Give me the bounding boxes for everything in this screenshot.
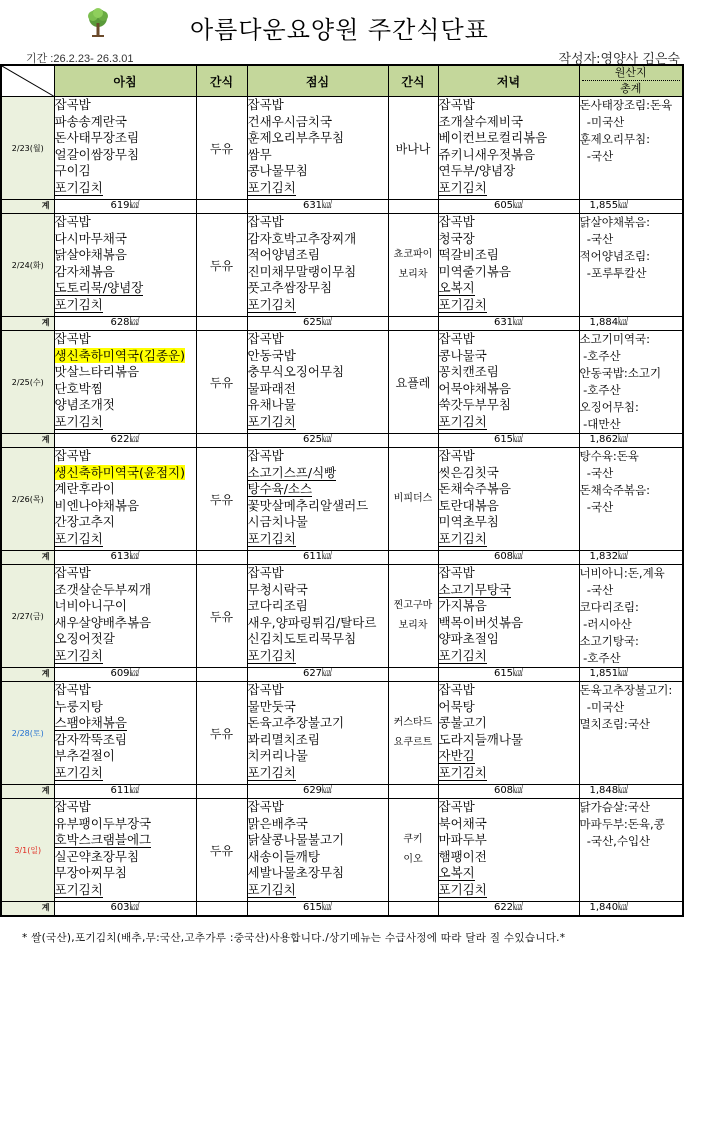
- dish-item: 잡곡밥: [248, 331, 388, 348]
- dish-item: 자반김: [439, 748, 579, 765]
- footnote: * 쌀(국산),포기김치(배추,무:국산,고추가루 :중국산)사용합니다./상기…: [22, 930, 565, 945]
- snack-item: 쵸코파이: [389, 245, 438, 265]
- dish-item: 오복지: [439, 865, 579, 882]
- snack2-cell: 요플레: [388, 331, 438, 434]
- dinner-kcal: 631㎉: [438, 317, 579, 331]
- dish-name: 실곤약초장무침: [55, 849, 140, 864]
- dish-name: 잡곡밥: [55, 682, 91, 697]
- dish-item: 간장고추지: [55, 514, 196, 531]
- dish-item: 햄팽이전: [439, 849, 579, 866]
- total-label: 계: [1, 785, 54, 799]
- breakfast-cell: 잡곡밥파송송계란국돈사태무장조림얼갈이쌈장무침구이김포기김치: [54, 97, 196, 200]
- dish-name: 닭살콩나물불고기: [248, 832, 345, 847]
- dish-name: 소고기스프/식빵: [248, 465, 337, 481]
- day-row: 2/28(토)잡곡밥누룽지탕스팸야채볶음감자깍뚝조림부추겉절이포기김치두유잡곡밥…: [1, 682, 683, 785]
- dish-name: 안동국밥: [248, 348, 296, 363]
- lunch-cell: 잡곡밥안동국밥충무식오징어무침물파래전유채나물포기김치: [247, 331, 388, 434]
- dish-name: 조개살수제비국: [439, 114, 524, 129]
- dish-name: 적어양념조림: [248, 247, 320, 262]
- dish-item: 포기김치: [439, 648, 579, 665]
- dish-name: 맑은배추국: [248, 816, 308, 831]
- dish-name: 비엔나야채볶음: [55, 498, 140, 513]
- dish-item: 물파래전: [248, 381, 388, 398]
- dish-item: 포기김치: [248, 882, 388, 899]
- day-label: 2/28(토): [1, 682, 54, 785]
- dish-item: 포기김치: [248, 414, 388, 431]
- dish-item: 씻은김칫국: [439, 465, 579, 482]
- dish-name: 무장아찌무침: [55, 865, 127, 880]
- dish-name: 콩나물무침: [248, 163, 308, 178]
- day-label: 2/26(목): [1, 448, 54, 551]
- dish-name: 어묵탕: [439, 699, 475, 714]
- dish-item: 어묵탕: [439, 699, 579, 716]
- dish-item: 진미채무말랭이무침: [248, 264, 388, 281]
- dish-item: 포기김치: [439, 882, 579, 899]
- dish-name: 포기김치: [248, 765, 296, 781]
- dish-item: 구이김: [55, 163, 196, 180]
- dish-item: 토란대볶음: [439, 498, 579, 515]
- col-snack2: 간식: [388, 65, 438, 97]
- dish-item: 훈제오리부추무침: [248, 130, 388, 147]
- dish-item: 포기김치: [55, 414, 196, 431]
- dish-item: 잡곡밥: [55, 682, 196, 699]
- snack1-kcal: [196, 434, 247, 448]
- total-kcal: 1,884㎉: [579, 317, 683, 331]
- total-row: 계613㎉611㎉608㎉1,832㎉: [1, 551, 683, 565]
- col-origin: 원산지 총계: [579, 65, 683, 97]
- dish-item: 포기김치: [55, 648, 196, 665]
- dish-name: 계란후라이: [55, 481, 115, 496]
- dish-item: 도토리묵/양념장: [55, 280, 196, 297]
- dish-item: 포기김치: [439, 180, 579, 197]
- dish-item: 닭살야채볶음: [55, 247, 196, 264]
- dish-name: 잡곡밥: [55, 214, 91, 229]
- dish-name: 포기김치: [55, 882, 103, 898]
- dish-item: 유부팽이두부장국: [55, 816, 196, 833]
- dish-name: 잡곡밥: [55, 331, 91, 346]
- dish-item: 새우살양배추볶음: [55, 615, 196, 632]
- lunch-cell: 잡곡밥감자호박고추장찌개적어양념조림진미채무말랭이무침풋고추쌈장무침포기김치: [247, 214, 388, 317]
- dish-item: 잡곡밥: [248, 214, 388, 231]
- origin-item: -호주산: [580, 382, 683, 399]
- origin-cell: 닭가슴살:국산마파두부:돈육,콩 -국산,수입산: [579, 799, 683, 902]
- dish-name: 부추겉절이: [55, 748, 115, 763]
- dish-item: 포기김치: [55, 180, 196, 197]
- breakfast-cell: 잡곡밥생신축하미역국(윤점지)계란후라이비엔나야채볶음간장고추지포기김치: [54, 448, 196, 551]
- dish-item: 콩나물무침: [248, 163, 388, 180]
- dish-item: 닭살콩나물불고기: [248, 832, 388, 849]
- total-kcal: 1,851㎉: [579, 668, 683, 682]
- dish-name: 오복지: [439, 280, 475, 296]
- snack-item: 두유: [197, 725, 247, 742]
- lunch-kcal: 629㎉: [247, 785, 388, 799]
- dish-name: 포기김치: [248, 414, 296, 430]
- dish-name: 새우살양배추볶음: [55, 615, 152, 630]
- dish-item: 미역줄기볶음: [439, 264, 579, 281]
- snack-item: 비피더스: [389, 489, 438, 509]
- dish-item: 조갯살순두부찌개: [55, 582, 196, 599]
- dinner-cell: 잡곡밥씻은김칫국돈채숙주볶음토란대볶음미역초무침포기김치: [438, 448, 579, 551]
- snack-item: 두유: [197, 257, 247, 274]
- dish-item: 치커리나물: [248, 748, 388, 765]
- dish-name: 새송이들깨탕: [248, 849, 320, 864]
- total-label: 계: [1, 668, 54, 682]
- day-label: 2/23(월): [1, 97, 54, 200]
- col-snack1: 간식: [196, 65, 247, 97]
- dish-name: 무청시락국: [248, 582, 308, 597]
- dish-name: 잡곡밥: [248, 448, 284, 463]
- dish-name: 잡곡밥: [439, 331, 475, 346]
- snack1-kcal: [196, 200, 247, 214]
- snack2-cell: 비피더스: [388, 448, 438, 551]
- origin-item: -미국산: [580, 114, 683, 131]
- dish-name: 유부팽이두부장국: [55, 816, 152, 831]
- origin-cell: 너비아니:돈,계육 -국산코다리조림: -러시아산소고기탕국: -호주산: [579, 565, 683, 668]
- dinner-kcal: 615㎉: [438, 434, 579, 448]
- origin-item: -대만산: [580, 416, 683, 433]
- dish-name: 꽁치캔조림: [439, 364, 499, 379]
- snack1-cell: 두유: [196, 214, 247, 317]
- dish-name: 포기김치: [439, 765, 487, 781]
- breakfast-cell: 잡곡밥생신축하미역국(김종운)맛살느타리볶음단호박찜양념조개젓포기김치: [54, 331, 196, 434]
- dish-item: 건새우시금치국: [248, 114, 388, 131]
- dish-name: 도토리묵/양념장: [55, 280, 144, 296]
- day-row: 2/26(목)잡곡밥생신축하미역국(윤점지)계란후라이비엔나야채볶음간장고추지포…: [1, 448, 683, 551]
- lunch-cell: 잡곡밥맑은배추국닭살콩나물불고기새송이들깨탕세발나물초장무침포기김치: [247, 799, 388, 902]
- dish-item: 세발나물초장무침: [248, 865, 388, 882]
- snack1-kcal: [196, 317, 247, 331]
- dish-item: 스팸야채볶음: [55, 715, 196, 732]
- snack-item: 커스타드: [389, 713, 438, 733]
- dish-name: 스팸야채볶음: [55, 715, 127, 731]
- dish-name: 잡곡밥: [439, 799, 475, 814]
- dish-item: 꽃맛살메추리알샐러드: [248, 498, 388, 515]
- dish-name: 감자채볶음: [55, 264, 115, 279]
- col-total-label: 총계: [580, 81, 683, 96]
- dish-name: 잡곡밥: [439, 682, 475, 697]
- dish-item: 조개살수제비국: [439, 114, 579, 131]
- dish-item: 떡갈비조림: [439, 247, 579, 264]
- day-label: 2/24(화): [1, 214, 54, 317]
- dish-name: 잡곡밥: [55, 799, 91, 814]
- dish-name: 베이컨브로컬리볶음: [439, 130, 548, 145]
- dish-name: 도라지들깨나물: [439, 732, 524, 747]
- dish-item: 양념조개젓: [55, 397, 196, 414]
- dish-name: 돈채숙주볶음: [439, 481, 511, 496]
- dish-item: 잡곡밥: [55, 799, 196, 816]
- col-lunch: 점심: [247, 65, 388, 97]
- breakfast-cell: 잡곡밥유부팽이두부장국호박스크램블에그실곤약초장무침무장아찌무침포기김치: [54, 799, 196, 902]
- breakfast-kcal: 628㎉: [54, 317, 196, 331]
- origin-item: -포루투칼산: [580, 265, 683, 282]
- origin-item: 돈사태장조림:돈육: [580, 97, 683, 114]
- dinner-cell: 잡곡밥소고기무탕국가지볶음백목이버섯볶음양파초절임포기김치: [438, 565, 579, 668]
- dish-item: 적어양념조림: [248, 247, 388, 264]
- day-row: 2/23(월)잡곡밥파송송계란국돈사태무장조림얼갈이쌈장무침구이김포기김치두유잡…: [1, 97, 683, 200]
- dish-item: 무장아찌무침: [55, 865, 196, 882]
- dish-name: 잡곡밥: [248, 214, 284, 229]
- dish-item: 감자채볶음: [55, 264, 196, 281]
- lunch-kcal: 611㎉: [247, 551, 388, 565]
- dish-name: 연두부/양념장: [439, 163, 516, 178]
- snack1-cell: 두유: [196, 331, 247, 434]
- dish-item: 포기김치: [55, 297, 196, 314]
- dish-item: 쥬키니새우젓볶음: [439, 147, 579, 164]
- corner-cell: [1, 65, 54, 97]
- dish-item: 단호박찜: [55, 381, 196, 398]
- day-row: 2/24(화)잡곡밥다시마무채국닭살야채볶음감자채볶음도토리묵/양념장포기김치두…: [1, 214, 683, 317]
- dinner-kcal: 608㎉: [438, 785, 579, 799]
- total-label: 계: [1, 200, 54, 214]
- dish-name: 잡곡밥: [248, 682, 284, 697]
- dish-name: 탕수육/소스: [248, 481, 313, 497]
- origin-item: -국산: [580, 231, 683, 248]
- total-label: 계: [1, 551, 54, 565]
- lunch-kcal: 615㎉: [247, 902, 388, 917]
- lunch-kcal: 631㎉: [247, 200, 388, 214]
- dish-name: 훈제오리부추무침: [248, 130, 345, 145]
- dish-name: 새우,양파링튀김/탈타르: [248, 615, 377, 630]
- dish-name: 쌈무: [248, 147, 272, 162]
- dish-item: 생신축하미역국(윤점지): [55, 465, 196, 482]
- dish-item: 잡곡밥: [439, 97, 579, 114]
- origin-cell: 닭살야채볶음: -국산적어양념조림: -포루투칼산: [579, 214, 683, 317]
- dish-item: 미역초무침: [439, 514, 579, 531]
- dish-name: 포기김치: [55, 414, 103, 430]
- dish-item: 잡곡밥: [439, 331, 579, 348]
- day-row: 2/25(수)잡곡밥생신축하미역국(김종운)맛살느타리볶음단호박찜양념조개젓포기…: [1, 331, 683, 434]
- dish-item: 꽁치캔조림: [439, 364, 579, 381]
- dish-name: 진미채무말랭이무침: [248, 264, 357, 279]
- dish-name: 감자깍뚝조림: [55, 732, 127, 747]
- dish-name: 포기김치: [248, 180, 296, 196]
- dish-name: 돈육고추장불고기: [248, 715, 345, 730]
- origin-cell: 돈사태장조림:돈육 -미국산훈제오리무침: -국산: [579, 97, 683, 200]
- dish-item: 감자호박고추장찌개: [248, 231, 388, 248]
- snack1-kcal: [196, 902, 247, 917]
- dish-name: 꽃맛살메추리알샐러드: [248, 498, 369, 513]
- dish-name: 닭살야채볶음: [55, 247, 127, 262]
- dish-item: 포기김치: [55, 765, 196, 782]
- snack-item: 요쿠르트: [389, 733, 438, 753]
- header-row: 아침 간식 점심 간식 저녁 원산지 총계: [1, 65, 683, 97]
- dish-name: 양념조개젓: [55, 397, 115, 412]
- breakfast-kcal: 609㎉: [54, 668, 196, 682]
- dish-item: 포기김치: [248, 531, 388, 548]
- total-kcal: 1,848㎉: [579, 785, 683, 799]
- dish-name: 단호박찜: [55, 381, 103, 396]
- dish-item: 잡곡밥: [55, 448, 196, 465]
- dish-item: 잡곡밥: [439, 799, 579, 816]
- dish-name: 오복지: [439, 865, 475, 881]
- dish-item: 포기김치: [439, 414, 579, 431]
- dish-name: 포기김치: [55, 297, 103, 313]
- dish-name: 쥬키니새우젓볶음: [439, 147, 536, 162]
- dish-item: 포기김치: [248, 765, 388, 782]
- origin-item: -국산,수입산: [580, 833, 683, 850]
- dish-name: 백목이버섯볶음: [439, 615, 524, 630]
- dish-item: 파송송계란국: [55, 114, 196, 131]
- snack1-cell: 두유: [196, 565, 247, 668]
- dish-item: 포기김치: [439, 765, 579, 782]
- dish-name: 코다리조림: [248, 598, 308, 613]
- dish-name: 가지볶음: [439, 598, 487, 613]
- dish-item: 오복지: [439, 280, 579, 297]
- dish-name: 포기김치: [439, 531, 487, 547]
- snack1-cell: 두유: [196, 448, 247, 551]
- dish-item: 다시마무채국: [55, 231, 196, 248]
- dish-item: 탕수육/소스: [248, 481, 388, 498]
- dinner-kcal: 605㎉: [438, 200, 579, 214]
- lunch-cell: 잡곡밥무청시락국코다리조림새우,양파링튀김/탈타르신김치도토리묵무침포기김치: [247, 565, 388, 668]
- origin-item: 닭가슴살:국산: [580, 799, 683, 816]
- origin-item: 마파두부:돈육,콩: [580, 816, 683, 833]
- dish-name: 콩불고기: [439, 715, 487, 730]
- dish-item: 잡곡밥: [439, 214, 579, 231]
- dish-item: 잡곡밥: [248, 448, 388, 465]
- dish-name: 너비아니구이: [55, 598, 127, 613]
- snack1-cell: 두유: [196, 682, 247, 785]
- dish-item: 베이컨브로컬리볶음: [439, 130, 579, 147]
- lunch-cell: 잡곡밥소고기스프/식빵탕수육/소스꽃맛살메추리알샐러드시금치나물포기김치: [247, 448, 388, 551]
- dish-name: 파송송계란국: [55, 114, 127, 129]
- origin-item: -미국산: [580, 699, 683, 716]
- dish-item: 쑥갓두부무침: [439, 397, 579, 414]
- dish-item: 잡곡밥: [439, 448, 579, 465]
- dish-name: 자반김: [439, 748, 475, 764]
- dish-item: 가지볶음: [439, 598, 579, 615]
- dish-name: 포기김치: [248, 297, 296, 313]
- dish-name: 잡곡밥: [248, 799, 284, 814]
- dish-item: 무청시락국: [248, 582, 388, 599]
- dish-item: 맛살느타리볶음: [55, 364, 196, 381]
- snack2-cell: 쿠키이오: [388, 799, 438, 902]
- day-row: 3/1(일)잡곡밥유부팽이두부장국호박스크램블에그실곤약초장무침무장아찌무침포기…: [1, 799, 683, 902]
- dish-name: 포기김치: [248, 648, 296, 664]
- origin-item: 돈육고추장불고기:: [580, 682, 683, 699]
- dish-name: 포기김치: [55, 180, 103, 196]
- tree-icon: [84, 8, 112, 38]
- total-row: 계622㎉625㎉615㎉1,862㎉: [1, 434, 683, 448]
- dish-name: 신김치도토리묵무침: [248, 631, 357, 646]
- lunch-kcal: 627㎉: [247, 668, 388, 682]
- snack-item: 두유: [197, 842, 247, 859]
- dish-item: 백목이버섯볶음: [439, 615, 579, 632]
- dish-item: 마파두부: [439, 832, 579, 849]
- snack-item: 찐고구마: [389, 596, 438, 616]
- snack-item: 이오: [389, 850, 438, 870]
- dish-name: 미역줄기볶음: [439, 264, 511, 279]
- dish-name: 잡곡밥: [439, 97, 475, 112]
- dish-item: 어묵야채볶음: [439, 381, 579, 398]
- dish-item: 잡곡밥: [248, 682, 388, 699]
- dish-item: 돈육고추장불고기: [248, 715, 388, 732]
- origin-item: -호주산: [580, 650, 683, 667]
- dinner-kcal: 622㎉: [438, 902, 579, 917]
- dish-name: 호박스크램블에그: [55, 832, 152, 848]
- origin-item: 돈채숙주볶음:: [580, 482, 683, 499]
- dish-name: 어묵야채볶음: [439, 381, 511, 396]
- dish-name: 건새우시금치국: [248, 114, 333, 129]
- origin-item: -러시아산: [580, 616, 683, 633]
- dish-item: 감자깍뚝조림: [55, 732, 196, 749]
- dish-item: 잡곡밥: [248, 565, 388, 582]
- col-dinner: 저녁: [438, 65, 579, 97]
- origin-item: 탕수육:돈육: [580, 448, 683, 465]
- breakfast-cell: 잡곡밥누룽지탕스팸야채볶음감자깍뚝조림부추겉절이포기김치: [54, 682, 196, 785]
- day-label: 2/27(금): [1, 565, 54, 668]
- dish-name: 북어채국: [439, 816, 487, 831]
- dish-item: 잡곡밥: [55, 214, 196, 231]
- dish-name: 잡곡밥: [248, 97, 284, 112]
- dish-item: 연두부/양념장: [439, 163, 579, 180]
- dish-name: 포기김치: [439, 414, 487, 430]
- dish-item: 너비아니구이: [55, 598, 196, 615]
- dish-name: 포기김치: [55, 765, 103, 781]
- snack1-kcal: [196, 785, 247, 799]
- total-label: 계: [1, 434, 54, 448]
- dish-item: 호박스크램블에그: [55, 832, 196, 849]
- snack1-cell: 두유: [196, 799, 247, 902]
- dish-item: 누룽지탕: [55, 699, 196, 716]
- dish-item: 포기김치: [248, 180, 388, 197]
- dish-item: 유채나물: [248, 397, 388, 414]
- dish-name: 마파두부: [439, 832, 487, 847]
- total-row: 계609㎉627㎉615㎉1,851㎉: [1, 668, 683, 682]
- total-kcal: 1,855㎉: [579, 200, 683, 214]
- dish-item: 새송이들깨탕: [248, 849, 388, 866]
- dish-item: 안동국밥: [248, 348, 388, 365]
- dish-item: 포기김치: [439, 531, 579, 548]
- snack-item: 보리차: [389, 616, 438, 636]
- snack2-kcal: [388, 902, 438, 917]
- total-kcal: 1,862㎉: [579, 434, 683, 448]
- dish-name: 잡곡밥: [248, 565, 284, 580]
- dish-name: 콩나물국: [439, 348, 487, 363]
- dish-item: 잡곡밥: [55, 565, 196, 582]
- dish-name: 얼갈이쌈장무침: [55, 147, 140, 162]
- total-kcal: 1,832㎉: [579, 551, 683, 565]
- dish-item: 포기김치: [439, 297, 579, 314]
- origin-item: -국산: [580, 465, 683, 482]
- total-row: 계628㎉625㎉631㎉1,884㎉: [1, 317, 683, 331]
- snack2-kcal: [388, 785, 438, 799]
- dish-name: 소고기무탕국: [439, 582, 511, 598]
- dish-name: 잡곡밥: [55, 448, 91, 463]
- dish-name: 포기김치: [439, 180, 487, 196]
- dinner-cell: 잡곡밥어묵탕콩불고기도라지들깨나물자반김포기김치: [438, 682, 579, 785]
- page-title: 아름다운요양원 주간식단표: [190, 10, 489, 45]
- dish-item: 잡곡밥: [439, 565, 579, 582]
- dish-item: 물만둣국: [248, 699, 388, 716]
- dish-item: 얼갈이쌈장무침: [55, 147, 196, 164]
- origin-item: 오징어무침:: [580, 399, 683, 416]
- menu-body: 2/23(월)잡곡밥파송송계란국돈사태무장조림얼갈이쌈장무침구이김포기김치두유잡…: [1, 97, 683, 917]
- dish-item: 돈사태무장조림: [55, 130, 196, 147]
- dish-name: 누룽지탕: [55, 699, 103, 714]
- menu-table: 아침 간식 점심 간식 저녁 원산지 총계 2/23(월)잡곡밥파송송계란국돈사…: [0, 64, 684, 917]
- total-label: 계: [1, 902, 54, 917]
- origin-item: -국산: [580, 148, 683, 165]
- dish-name: 포기김치: [439, 882, 487, 898]
- dinner-cell: 잡곡밥조개살수제비국베이컨브로컬리볶음쥬키니새우젓볶음연두부/양념장포기김치: [438, 97, 579, 200]
- dish-name: 포기김치: [55, 531, 103, 547]
- snack1-kcal: [196, 551, 247, 565]
- snack-item: 두유: [197, 608, 247, 625]
- dish-name: 쑥갓두부무침: [439, 397, 511, 412]
- title-row: 아름다운요양원 주간식단표: [0, 0, 716, 50]
- snack2-cell: 커스타드요쿠르트: [388, 682, 438, 785]
